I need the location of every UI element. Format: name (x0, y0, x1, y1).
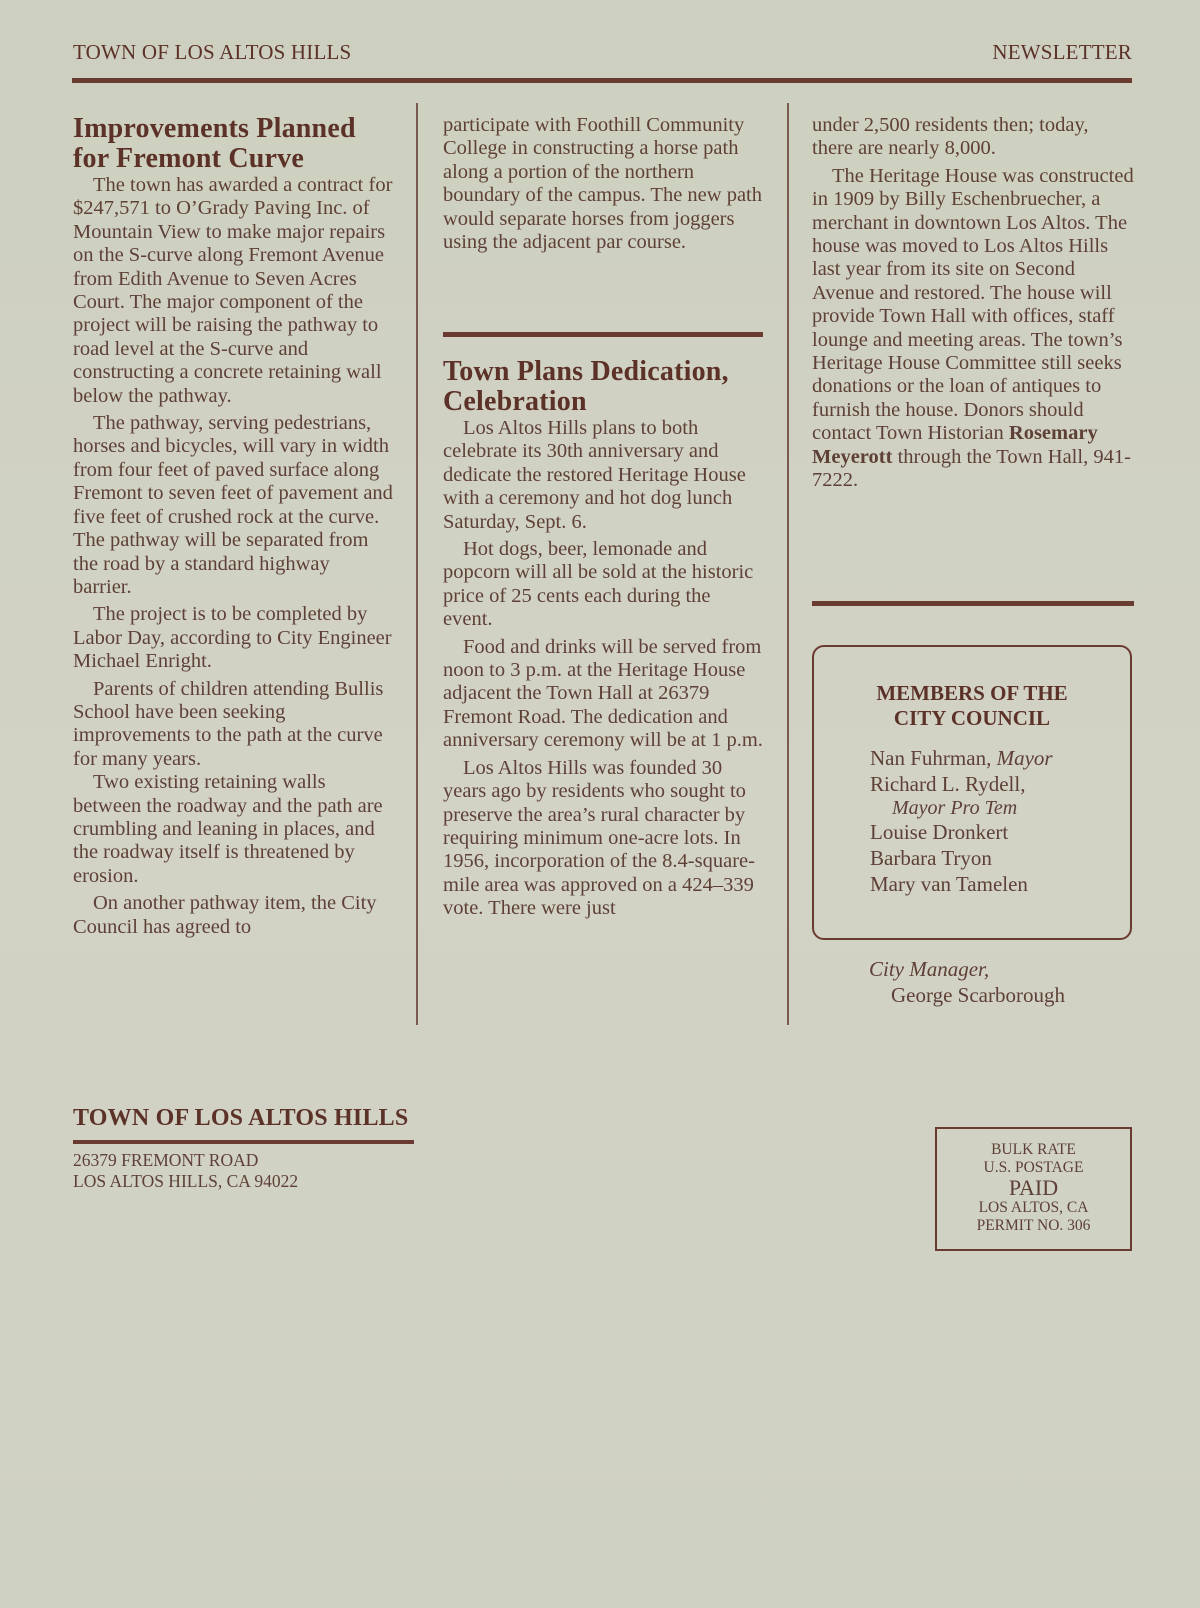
section-divider (443, 332, 763, 337)
article-paragraph: The town has awarded a contract for $247… (73, 174, 393, 408)
article-headline: Town Plans Dedication, Celebration (443, 357, 763, 417)
council-member: Nan Fuhrman, Mayor (870, 745, 1130, 771)
article-paragraph: Two existing retaining walls between the… (73, 771, 393, 888)
article-paragraph: On another pathway item, the City Counci… (73, 892, 393, 939)
council-member: Louise Dronkert (870, 819, 1130, 845)
headline-line: for Fremont Curve (73, 143, 304, 174)
column-3: under 2,500 residents then; today, there… (812, 114, 1134, 493)
member-role: Mayor Pro Tem (870, 797, 1130, 819)
member-name: Richard L. Rydell, (870, 772, 1025, 796)
running-head-left: TOWN OF LOS ALTOS HILLS (73, 40, 351, 65)
council-title: MEMBERS OF THE CITY COUNCIL (814, 681, 1130, 731)
council-member: Richard L. Rydell, (870, 771, 1130, 797)
running-head-right: NEWSLETTER (992, 40, 1132, 65)
council-member: Mary van Tamelen (870, 871, 1130, 897)
article-continuation: under 2,500 residents then; today, there… (812, 114, 1134, 161)
article-paragraph: The project is to be completed by Labor … (73, 603, 393, 673)
address-line: LOS ALTOS HILLS, CA 94022 (73, 1171, 298, 1192)
title-line: MEMBERS OF THE (876, 681, 1067, 705)
council-member: Barbara Tryon (870, 845, 1130, 871)
column-divider (416, 103, 418, 1025)
article-headline: Improvements Planned for Fremont Curve (73, 114, 393, 174)
article-paragraph: Los Altos Hills plans to both celebrate … (443, 417, 763, 534)
article-fremont-curve: Improvements Planned for Fremont Curve T… (73, 114, 393, 939)
header-rule (72, 78, 1132, 83)
column-2: participate with Foothill Community Coll… (443, 114, 763, 254)
member-name: Nan Fuhrman, (870, 746, 997, 770)
member-role: Mayor (997, 746, 1053, 770)
council-members-list: Nan Fuhrman, Mayor Richard L. Rydell, Ma… (870, 745, 1130, 897)
mailer-masthead: TOWN OF LOS ALTOS HILLS (73, 1105, 408, 1132)
headline-line: Improvements Planned (73, 113, 356, 144)
column-divider (787, 103, 789, 1025)
article-paragraph: Los Altos Hills was founded 30 years ago… (443, 757, 763, 921)
postage-paid: PAID (937, 1177, 1130, 1199)
headline-line: Town Plans Dedication, (443, 356, 729, 387)
article-paragraph: Hot dogs, beer, lemonade and popcorn wil… (443, 538, 763, 632)
section-divider (812, 601, 1134, 606)
return-address: 26379 FREMONT ROAD LOS ALTOS HILLS, CA 9… (73, 1150, 298, 1192)
paragraph-text: The Heritage House was constructed in 19… (812, 165, 1134, 444)
article-continuation: participate with Foothill Community Coll… (443, 114, 763, 254)
article-paragraph: The pathway, serving pedestrians, horses… (73, 412, 393, 599)
city-council-box: MEMBERS OF THE CITY COUNCIL Nan Fuhrman,… (812, 645, 1132, 940)
postage-indicia: BULK RATE U.S. POSTAGE PAID LOS ALTOS, C… (935, 1127, 1132, 1251)
address-line: 26379 FREMONT ROAD (73, 1150, 298, 1171)
manager-name: George Scarborough (869, 982, 1065, 1008)
city-manager: City Manager, George Scarborough (869, 956, 1065, 1008)
postage-line: BULK RATE (937, 1141, 1130, 1159)
article-paragraph: The Heritage House was constructed in 19… (812, 165, 1134, 493)
article-dedication: Town Plans Dedication, Celebration Los A… (443, 357, 763, 921)
masthead-rule (73, 1140, 414, 1144)
postage-permit: PERMIT NO. 306 (937, 1217, 1130, 1235)
article-paragraph: Parents of children attending Bullis Sch… (73, 678, 393, 772)
article-paragraph: Food and drinks will be served from noon… (443, 636, 763, 753)
title-line: CITY COUNCIL (894, 706, 1050, 730)
manager-title: City Manager, (869, 956, 1065, 982)
postage-line: LOS ALTOS, CA (937, 1199, 1130, 1217)
headline-line: Celebration (443, 386, 587, 417)
